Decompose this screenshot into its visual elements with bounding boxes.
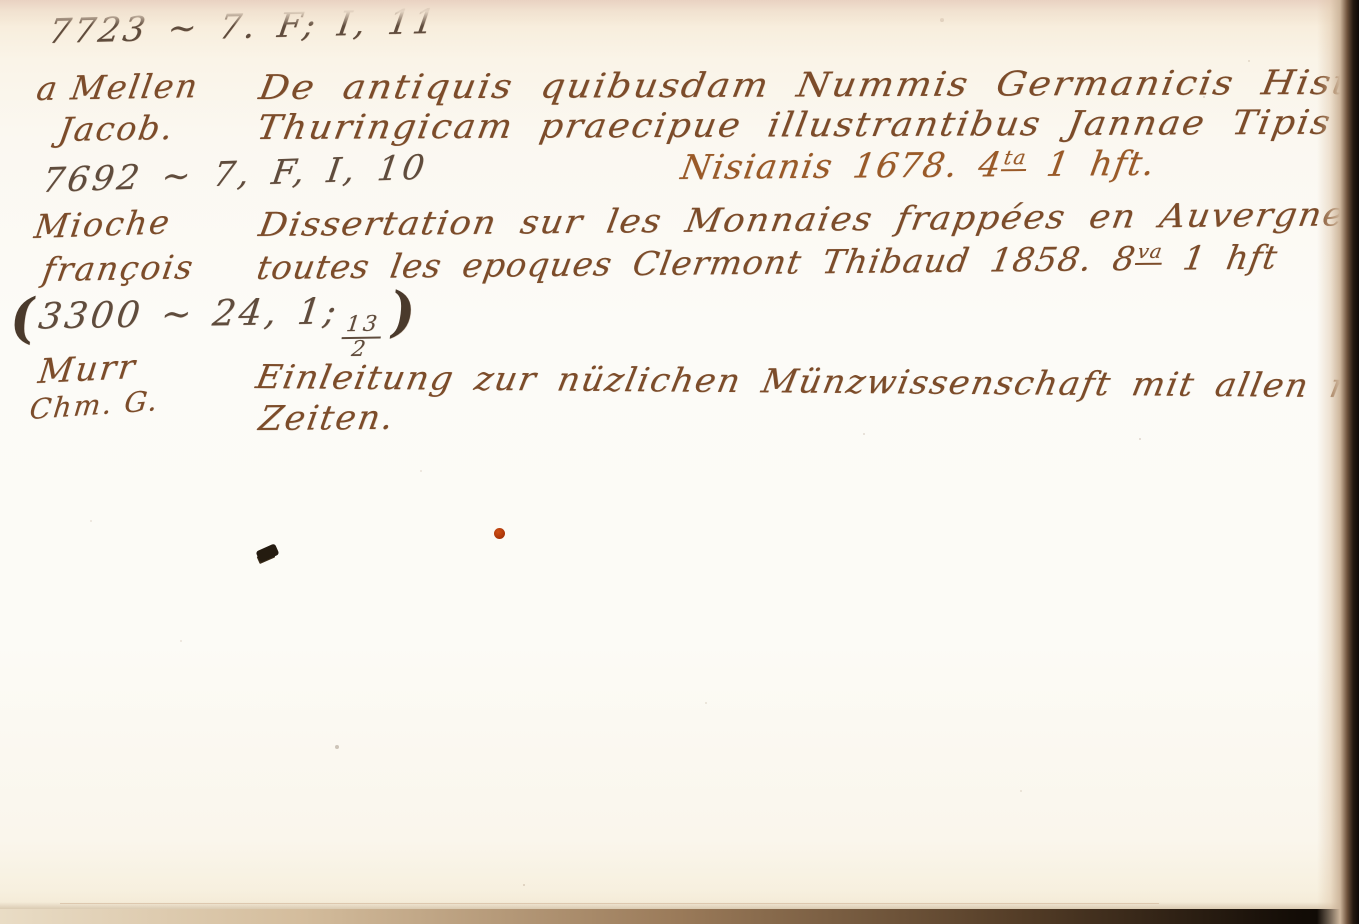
paren-close: ) — [386, 279, 423, 343]
entry1-title-line2: Thuringicam praecipue illustrantibus Jan… — [254, 103, 1335, 148]
ink-blot — [255, 543, 279, 563]
red-ink-dot — [494, 528, 505, 539]
entry1-author-line2: Jacob. — [56, 108, 177, 149]
entry1-author-line1: a Mellen — [34, 66, 202, 108]
fraction-numerator: 13 — [342, 313, 385, 338]
imprint-extent: 1 hft. — [1023, 144, 1159, 185]
imprint-text: Nisianis 1678. 4 — [678, 145, 1005, 188]
entry3-author-line1: Murr — [36, 347, 139, 392]
shelfmark-entry2: 7692 ~ 7, F, I, 10 — [40, 148, 430, 201]
entry2-author-line2: françois — [40, 247, 197, 289]
catalog-card-page: 7723 ~ 7. F; I, 11 a Mellen De antiquis … — [0, 0, 1359, 924]
fraction-13-over-2: 132 — [339, 313, 384, 361]
entry2-author-line1: Mioche — [32, 202, 174, 246]
entry1-title-line1: De antiquis quibusdam Nummis Germanicis … — [256, 62, 1359, 108]
paren-open: ( — [6, 286, 43, 350]
bottom-crease-line — [0, 896, 1329, 898]
page-top-edge — [0, 0, 1359, 26]
shelf-note-text: 3300 ~ 24, 1; — [36, 291, 341, 337]
entry2-title-line1: Dissertation sur les Monnaies frappées e… — [256, 194, 1359, 244]
page-right-edge — [1317, 0, 1359, 924]
page-bottom-edge — [0, 909, 1359, 924]
entry1-imprint-line: Nisianis 1678. 4ta 1 hft. — [678, 144, 1159, 188]
entry2-title-line2-text: toutes les epoques Clermont Thibaud 1858… — [254, 239, 1139, 287]
entry3-title-line1: Einleitung zur nüzlichen Münzwissenschaf… — [253, 357, 1359, 406]
entry3-title-line2: Zeiten. — [256, 398, 398, 439]
entry2-title-line2-extent: 1 hft — [1159, 238, 1281, 278]
